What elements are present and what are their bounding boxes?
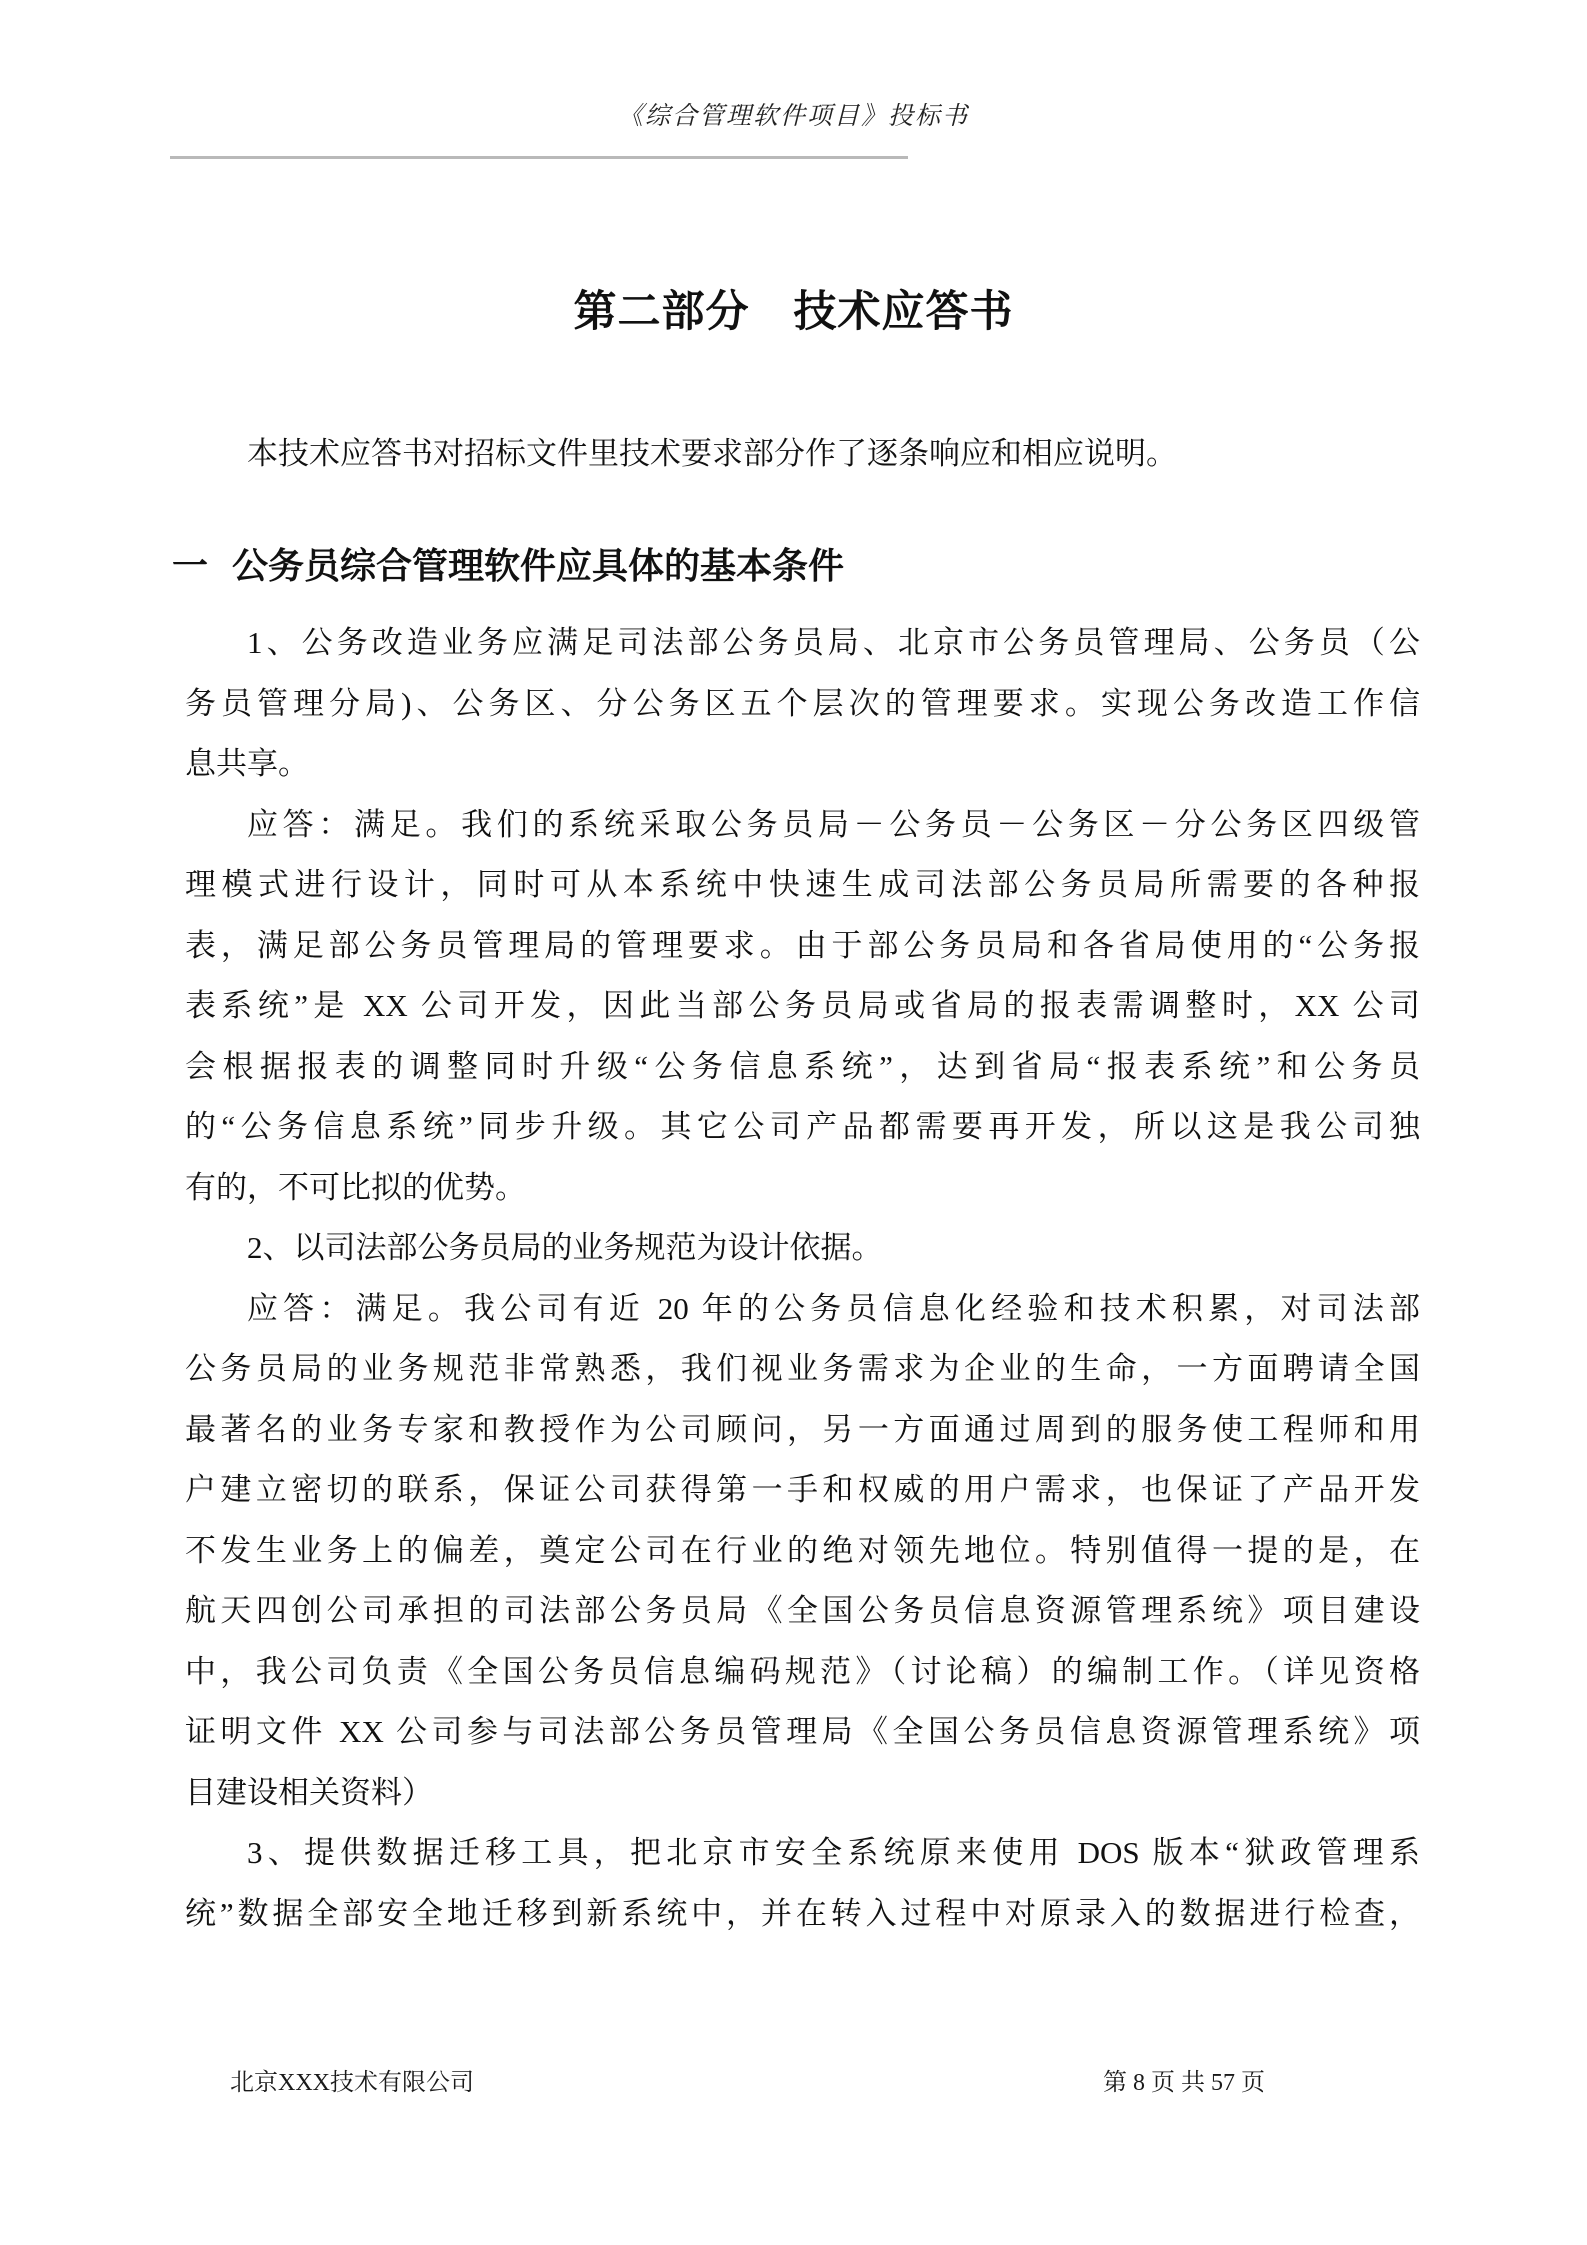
section-title: 公务员综合管理软件应具体的基本条件 [232,546,844,586]
body-line: 公务员局的业务规范非常熟悉，我们视业务需求为企业的生命，一方面聘请全国 [185,1339,1420,1400]
footer-page-number: 第 8 页 共 57 页 [1103,2062,1265,2097]
body-line: 户建立密切的联系，保证公司获得第一手和权威的用户需求，也保证了产品开发 [185,1460,1420,1521]
body-line: 最著名的业务专家和教授作为公司顾问，另一方面通过周到的服务使工程师和用 [185,1400,1420,1461]
body-text: 1、公务改造业务应满足司法部公务员局、北京市公务员管理局、公务员（公务员管理分局… [185,613,1420,1944]
header-rule [170,156,908,159]
body-line: 航天四创公司承担的司法部公务员局《全国公务员信息资源管理系统》项目建设 [185,1581,1420,1642]
running-header-title: 《综合管理软件项目》投标书 [0,96,1587,132]
section-heading: 一公务员综合管理软件应具体的基本条件 [172,538,1420,589]
body-line: 3、提供数据迁移工具，把北京市安全系统原来使用 DOS 版本“狱政管理系 [185,1823,1420,1884]
body-line: 统”数据全部安全地迁移到新系统中，并在转入过程中对原录入的数据进行检查， [185,1884,1420,1945]
body-line: 有的，不可比拟的优势。 [185,1158,1420,1219]
body-line: 的“公务信息系统”同步升级。其它公司产品都需要再开发，所以这是我公司独 [185,1097,1420,1158]
body-line: 不发生业务上的偏差，奠定公司在行业的绝对领先地位。特别值得一提的是，在 [185,1521,1420,1582]
body-line: 务员管理分局)、公务区、分公务区五个层次的管理要求。实现公务改造工作信 [185,674,1420,735]
body-line: 理模式进行设计，同时可从本系统中快速生成司法部公务员局所需要的各种报 [185,855,1420,916]
body-line: 息共享。 [185,734,1420,795]
body-line: 2、以司法部公务员局的业务规范为设计依据。 [185,1218,1420,1279]
body-line: 应答：满足。我公司有近 20 年的公务员信息化经验和技术积累，对司法部 [185,1279,1420,1340]
body-line: 目建设相关资料） [185,1763,1420,1824]
body-line: 表，满足部公务员管理局的管理要求。由于部公务员局和各省局使用的“公务报 [185,916,1420,977]
body-line: 1、公务改造业务应满足司法部公务员局、北京市公务员管理局、公务员（公 [185,613,1420,674]
body-line: 中，我公司负责《全国公务员信息编码规范》（讨论稿）的编制工作。（详见资格 [185,1642,1420,1703]
footer-company: 北京XXX技术有限公司 [230,2062,474,2097]
section-number: 一 [172,546,208,586]
document-page: 《综合管理软件项目》投标书 第二部分 技术应答书 本技术应答书对招标文件里技术要… [0,0,1587,2245]
document-title: 第二部分 技术应答书 [0,278,1587,339]
body-line: 证明文件 XX 公司参与司法部公务员管理局《全国公务员信息资源管理系统》项 [185,1702,1420,1763]
page-footer: 北京XXX技术有限公司 第 8 页 共 57 页 [230,2062,1265,2097]
body-line: 应答：满足。我们的系统采取公务员局－公务员－公务区－分公务区四级管 [185,795,1420,856]
body-line: 会根据报表的调整同时升级“公务信息系统”，达到省局“报表系统”和公务员 [185,1037,1420,1098]
intro-paragraph: 本技术应答书对招标文件里技术要求部分作了逐条响应和相应说明。 [185,424,1420,484]
body-line: 表系统”是 XX 公司开发，因此当部公务员局或省局的报表需调整时，XX 公司 [185,976,1420,1037]
